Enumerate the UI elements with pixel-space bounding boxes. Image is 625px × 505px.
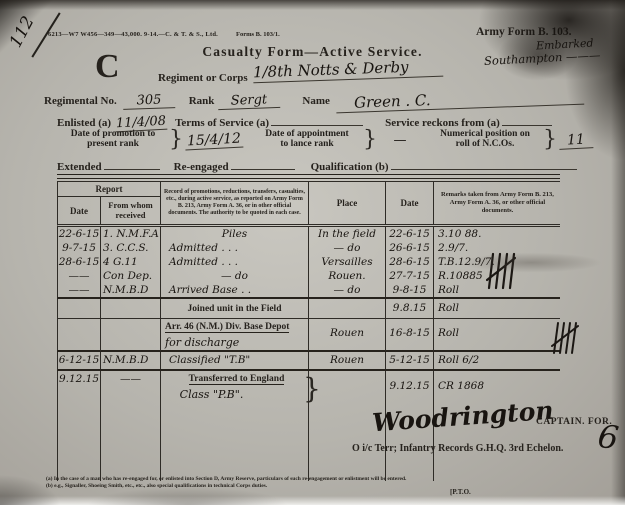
cell-date2: 27-7-15	[386, 269, 434, 283]
appointment-label: Date of appointmentto lance rank	[251, 130, 363, 150]
cell-date2: 22-6-15	[386, 227, 434, 241]
cell-date: 22-6-15	[58, 227, 101, 241]
cell-remarks: Roll 6/2	[434, 352, 561, 369]
cell-place: Rouen.	[309, 269, 386, 283]
regtl-no-value: 305	[122, 92, 175, 110]
record-handwritten-text: Class "P.B".	[180, 387, 244, 403]
cell-record: Admitted . . .	[161, 241, 309, 255]
promotion-line: Date of promotion topresent rank } 15/4/…	[57, 128, 597, 152]
numerical-value: 11	[559, 131, 594, 150]
casualty-table: Report Date From whom received Record of…	[57, 181, 560, 481]
cell-remarks: Roll	[434, 319, 561, 351]
identity-line: Regimental No. 305 Rank Sergt Name Green…	[44, 90, 584, 109]
cell-record: — do	[161, 269, 309, 283]
footnote-a: (a) In the case of a man who has re-enga…	[46, 476, 568, 483]
cell-place: — do	[309, 241, 386, 255]
cell-remarks: 3.10 88.	[434, 227, 561, 241]
regtl-no-label: Regimental No.	[44, 95, 117, 107]
cell-from: 1. N.M.F.A	[101, 227, 161, 241]
rank-value: Sergt	[218, 92, 281, 110]
records-office-line: O i/c Terr; Infantry Records G.H.Q. 3rd …	[352, 443, 563, 454]
cell-date: ——	[58, 269, 101, 283]
cell-record: Arr. 46 (N.M.) Div. Base Depot for disch…	[161, 319, 309, 351]
cell-date	[58, 299, 101, 319]
side-number: 6	[595, 417, 620, 457]
footnote-b: (b) e.g., Signaller, Shoeing Smith, etc.…	[46, 483, 446, 489]
table-row: —— N.M.B.D Arrived Base . . — do 9-8-15 …	[57, 283, 560, 299]
service-reckons-blank	[502, 114, 552, 126]
numerical-label: Numerical position onroll of N.C.Os.	[427, 130, 543, 150]
printer-imprint: 6213—W7 W456—349—43,000. 9-14.—C. & T. &…	[48, 31, 218, 38]
col-header-place: Place	[309, 182, 386, 224]
extended-label: Extended	[57, 161, 102, 173]
cell-record: Classified "T.B"	[161, 352, 309, 369]
table-row: 28-6-15 4 G.11 Admitted . . . Versailles…	[57, 255, 560, 269]
cell-empty	[58, 407, 101, 481]
cell-empty	[161, 407, 309, 481]
cell-place: In the field	[309, 227, 386, 241]
cell-date2: 16-8-15	[386, 319, 434, 351]
army-form-number: Army Form B. 103.	[476, 26, 572, 38]
col-header-date2: Date	[386, 182, 434, 224]
cell-date: 28-6-15	[58, 255, 101, 269]
col-header-remarks: Remarks taken from Army Form B. 213, Arm…	[434, 182, 561, 224]
col-header-date: Date	[58, 197, 101, 224]
cell-from: 4 G.11	[101, 255, 161, 269]
regiment-value: 1/8th Notts & Derby	[253, 57, 444, 84]
promotion-label: Date of promotion topresent rank	[57, 130, 169, 150]
col-header-record: Record of promotions, reductions, transf…	[161, 182, 309, 224]
record-printed-text: Joined unit in the Field	[188, 304, 282, 314]
table-row-base-depot: Arr. 46 (N.M.) Div. Base Depot for disch…	[57, 319, 560, 352]
numerical-brace: }	[543, 128, 557, 152]
name-value: Green . C.	[336, 86, 585, 114]
scanned-document: 112 6213—W7 W456—349—43,000. 9-14.—C. & …	[0, 0, 625, 505]
record-printed-text: Arr. 46 (N.M.) Div. Base Depot	[165, 322, 289, 333]
cell-place: Rouen	[309, 352, 386, 369]
cell-place: Versailles	[309, 255, 386, 269]
cell-empty	[101, 407, 161, 481]
cell-date: 6-12-15	[58, 352, 101, 369]
promotion-value: 15/4/12	[185, 130, 244, 150]
cell-record: Admitted . . .	[161, 255, 309, 269]
cell-from: N.M.B.D	[101, 283, 161, 297]
cell-remarks: Roll	[434, 299, 561, 319]
cell-date2: 26-6-15	[386, 241, 434, 255]
pto-label: [P.T.O.	[450, 488, 471, 496]
cell-date: 9.12.15	[58, 371, 101, 407]
table-row: 9-7-15 3. C.C.S. Admitted . . . — do 26-…	[57, 241, 560, 255]
promotion-brace: }	[169, 128, 183, 152]
cell-from	[101, 299, 161, 319]
forms-ref: Forms B. 103/1.	[236, 31, 280, 38]
col-header-from-whom: From whom received	[101, 197, 161, 224]
table-row-classified: 6-12-15 N.M.B.D Classified "T.B" Rouen 5…	[57, 352, 560, 371]
cell-from: N.M.B.D	[101, 352, 161, 369]
form-title: Casualty Form—Active Service.	[0, 44, 625, 60]
rank-label: Rank	[189, 95, 215, 107]
cell-date2: 28-6-15	[386, 255, 434, 269]
cell-record: Joined unit in the Field	[161, 299, 309, 319]
regiment-label: Regiment or Corps	[158, 72, 248, 84]
extended-blank	[104, 158, 160, 170]
transfer-brace: }	[303, 371, 321, 407]
cell-record: Piles	[161, 227, 309, 241]
terms-of-service-blank	[271, 114, 363, 126]
cell-place	[309, 299, 386, 319]
squadron-letter: C	[95, 50, 120, 84]
cell-from	[101, 319, 161, 351]
name-label: Name	[302, 95, 330, 107]
reengaged-label: Re-engaged	[174, 161, 229, 173]
cell-place: }	[309, 371, 386, 407]
cell-date2: 9.12.15	[386, 371, 434, 407]
cell-record: Arrived Base . .	[161, 283, 309, 297]
table-row: —— Con Dep. — do Rouen. 27-7-15 R.10885	[57, 269, 560, 283]
cell-from: Con Dep.	[101, 269, 161, 283]
record-handwritten-text: for discharge	[165, 336, 239, 349]
cell-date2: 5-12-15	[386, 352, 434, 369]
appointment-value: —	[377, 133, 423, 148]
tally-marks-icon	[551, 320, 579, 356]
record-printed-text: Transferred to England	[189, 374, 285, 385]
qualification-label: Qualification (b)	[311, 161, 389, 173]
cell-record: Transferred to England Class "P.B".	[161, 371, 309, 407]
extended-line: Extended Re-engaged Qualification (b)	[57, 158, 577, 173]
cell-place: — do	[309, 283, 386, 297]
cell-from: 3. C.C.S.	[101, 241, 161, 255]
cell-date2: 9-8-15	[386, 283, 434, 297]
cell-date: ——	[58, 283, 101, 297]
table-header: Report Date From whom received Record of…	[57, 181, 560, 227]
table-row: 22-6-15 1. N.M.F.A Piles In the field 22…	[57, 227, 560, 241]
qualification-blank	[391, 158, 577, 170]
col-header-report: Report	[58, 182, 161, 197]
cell-place: Rouen	[309, 319, 386, 351]
appointment-brace: }	[363, 128, 377, 152]
tally-marks-icon	[486, 250, 516, 292]
cell-date: 9-7-15	[58, 241, 101, 255]
cell-from: ——	[101, 371, 161, 407]
cell-date2: 9.8.15	[386, 299, 434, 319]
cell-date	[58, 319, 101, 351]
section-divider	[57, 174, 560, 179]
reengaged-blank	[231, 158, 295, 170]
table-row-joined-unit: Joined unit in the Field 9.8.15 Roll	[57, 299, 560, 319]
